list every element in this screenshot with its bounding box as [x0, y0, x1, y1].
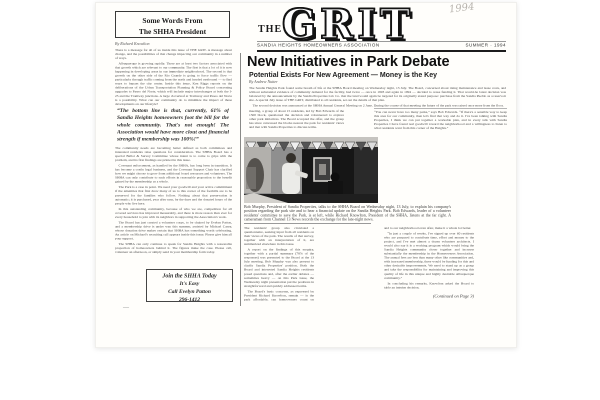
page-canvas: 1994 Some Words From The SHHA President …	[0, 0, 600, 400]
body-paragraph: The Board's basic concerns, as expressed…	[244, 289, 314, 302]
president-title-box: Some Words From The SHHA President	[115, 11, 230, 38]
join-shha-box: Join the SHHA Today It's Easy Call Evely…	[146, 269, 233, 302]
handwritten-year: 1994	[448, 1, 475, 15]
column-bottom-right: and to our neighborhood even after, make…	[384, 226, 474, 292]
body-paragraph: A report on the findings of this enquiry…	[244, 248, 314, 288]
end-mark: —	[116, 305, 136, 311]
masthead-logo: GRIT	[282, 5, 414, 45]
body-paragraph: “In just a couple of weeks, I've signed …	[384, 232, 474, 280]
article-subhead: Potential Exists For New Agreement — Mon…	[249, 72, 509, 80]
meeting-photo	[244, 137, 378, 203]
column-top-left: meeting, a group of about 15 residents, …	[249, 109, 344, 136]
masthead-rule-thin	[257, 41, 506, 42]
president-paragraphs-top: There is a message for all of us inside …	[115, 48, 232, 106]
president-paragraph: The Board has just created a volunteer c…	[115, 220, 232, 240]
column-top-left-text: meeting, a group of about 15 residents, …	[249, 109, 344, 129]
article-intro-paragraph2: The second decision was announced at the…	[249, 104, 506, 108]
president-paragraphs-mid: The community needs are becoming better …	[115, 146, 232, 265]
caption-rule	[244, 223, 371, 224]
join-line-easy: It's Easy	[147, 280, 232, 288]
president-paragraph: Covenant enforcement, as handled by the …	[115, 164, 232, 184]
president-paragraph: The Park is a case in point. We need you…	[115, 185, 232, 205]
masthead-the: THE	[258, 24, 282, 35]
presenter-shirt	[282, 163, 300, 194]
masthead-rule-thick	[257, 50, 506, 52]
issue-date: SUMMER · 1994	[465, 43, 506, 48]
join-line-title: Join the SHHA Today	[147, 272, 232, 281]
body-paragraph: The residents' group also circulated a q…	[244, 226, 314, 246]
pull-quote: “The bottom line is that, currently, 61%…	[117, 107, 229, 144]
article-headline: New Initiatives in Park Debate	[247, 55, 537, 71]
framed-display-inner	[319, 164, 326, 175]
org-name: SANDIA HEIGHTS HOMEOWNERS ASSOCIATION	[257, 43, 380, 48]
president-paragraph: Albuquerque is growing rapidly. There ar…	[115, 62, 232, 106]
article-byline: By Andrew Nutter	[249, 80, 349, 85]
column-bottom-left: The residents' group also circulated a q…	[244, 226, 314, 302]
president-title-line1: Some Words From	[116, 15, 229, 26]
president-paragraph: The community needs are becoming better …	[115, 146, 232, 162]
join-line-contact: Call Evelyn Patton	[147, 288, 232, 296]
article-intro-paragraph: The Sandia Heights Park found some breat…	[249, 86, 506, 102]
body-paragraph: and to our neighborhood even after, make…	[384, 226, 474, 230]
flipchart	[246, 167, 256, 189]
column-top-right: “You can never have too many parks,” say…	[374, 108, 507, 138]
president-paragraph: In this outstanding community, because o…	[115, 207, 232, 219]
body-paragraph: In concluding his remarks, Knowlton aske…	[384, 281, 474, 289]
presenter-head	[286, 153, 296, 163]
column-top-right-text: “You can never have too many parks,” say…	[374, 110, 507, 130]
article-intro: The Sandia Heights Park found some breat…	[249, 86, 506, 108]
president-paragraph: There is a message for all of us inside …	[115, 48, 232, 60]
join-line-phone: 296-1412	[147, 296, 232, 302]
newsletter-page: 1994 Some Words From The SHHA President …	[95, 2, 517, 348]
listener-head	[331, 173, 340, 182]
continued-note: (Continued on Page 3)	[384, 294, 474, 301]
photo-caption: Bob Murphy, President of Sandia Properti…	[244, 205, 451, 222]
president-paragraph: The SHHA can only continue to speak for …	[115, 242, 232, 254]
president-title-line2: The SHHA President	[116, 26, 229, 37]
masthead-info-line: SANDIA HEIGHTS HOMEOWNERS ASSOCIATION SU…	[257, 43, 506, 49]
column-rule	[240, 53, 241, 306]
